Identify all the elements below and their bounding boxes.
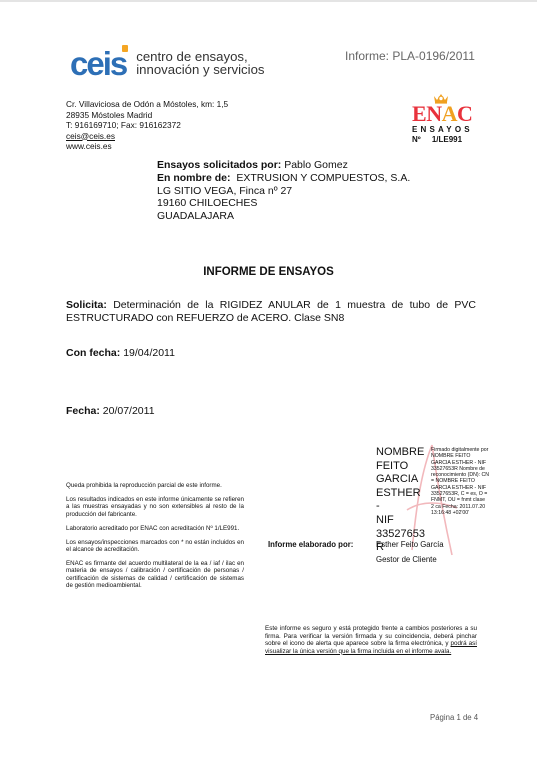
sig-line: NOMBRE [376,446,426,460]
address-street: Cr. Villaviciosa de Odón a Móstoles, km:… [66,99,228,110]
requested-by-value: Pablo Gomez [284,159,348,171]
on-behalf-label: En nombre de: [157,172,231,184]
sig-line: ESTHER - [376,487,426,514]
enac-accreditation-logo: ENAC ENSAYOS Nº 1/LE991 [412,92,482,144]
lab-address: Cr. Villaviciosa de Odón a Móstoles, km:… [66,99,228,152]
logo-orange-dot [122,45,128,52]
on-behalf-line: En nombre de: EXTRUSION Y COMPUESTOS, S.… [157,172,410,185]
report-date: Fecha: 20/07/2011 [66,405,155,417]
requested-by-label: Ensayos solicitados por: [157,159,281,171]
client-address-line1: LG SITIO VEGA, Finca nº 27 [157,185,410,198]
prepared-by-role: Gestor de Cliente [376,555,437,564]
logo-tagline: centro de ensayos, innovación y servicio… [136,50,264,76]
sig-line: NIF [376,514,426,528]
note: ENAC es firmante del acuerdo multilatera… [66,560,244,590]
enac-sub: ENSAYOS [412,125,482,134]
request-text: Determinación de la RIGIDEZ ANULAR de 1 … [66,299,476,324]
address-phone-fax: T: 916169710; Fax: 916162372 [66,120,228,131]
security-notice: Este informe es seguro y está protegido … [265,625,477,655]
website-link[interactable]: www.ceis.es [66,141,228,152]
page-number: Página 1 de 4 [430,713,478,722]
request-date: Con fecha: 19/04/2011 [66,347,175,359]
enac-number-label: Nº [412,135,421,144]
report-number: Informe: PLA-0196/2011 [345,49,475,63]
request-description: Solicita: Determinación de la RIGIDEZ AN… [66,299,476,325]
address-city: 28935 Móstoles Madrid [66,110,228,121]
ceis-logo: ceis centro de ensayos, innovación y ser… [70,46,265,80]
note: Queda prohibida la reproducción parcial … [66,482,244,489]
request-label: Solicita: [66,299,107,311]
report-date-label: Fecha: [66,405,100,417]
logo-mark-text: ceis [70,45,126,82]
security-notice-text: Este informe es seguro y está protegido … [265,625,477,647]
prepared-by-label: Informe elaborado por: [268,540,353,549]
enac-word-text: ENAC [412,101,472,126]
report-date-value: 20/07/2011 [103,405,155,417]
request-date-label: Con fecha: [66,347,120,359]
enac-word: ENAC [412,104,482,124]
enac-number-value: 1/LE991 [432,135,462,144]
client-address-line3: GUADALAJARA [157,210,410,223]
client-block: Ensayos solicitados por: Pablo Gomez En … [157,159,410,223]
client-address-line2: 19160 CHILOECHES [157,197,410,210]
request-date-value: 19/04/2011 [123,347,175,359]
prepared-by-name: Esther Feito García [376,540,444,549]
note: Los ensayos/inspecciones marcados con * … [66,539,244,554]
sig-line: FEITO [376,460,426,474]
ceis-logo-mark: ceis [70,47,126,80]
signature-name-block: NOMBRE FEITO GARCIA ESTHER - NIF 3352765… [376,446,426,555]
page-title: INFORME DE ENSAYOS [0,266,537,278]
logo-tagline-line2: innovación y servicios [136,63,264,76]
requested-by-line: Ensayos solicitados por: Pablo Gomez [157,159,410,172]
sig-line: GARCIA [376,473,426,487]
viewer-top-border [0,0,537,2]
note: Los resultados indicados en este informe… [66,496,244,518]
enac-number: Nº 1/LE991 [412,135,482,144]
note: Laboratorio acreditado por ENAC con acre… [66,525,244,532]
email-link[interactable]: ceis@ceis.es [66,131,228,142]
signature-details: Firmado digitalmente por NOMBRE FEITO GA… [431,447,489,516]
legal-notes: Queda prohibida la reproducción parcial … [66,482,244,596]
company-name: EXTRUSION Y COMPUESTOS, S.A. [236,172,410,184]
